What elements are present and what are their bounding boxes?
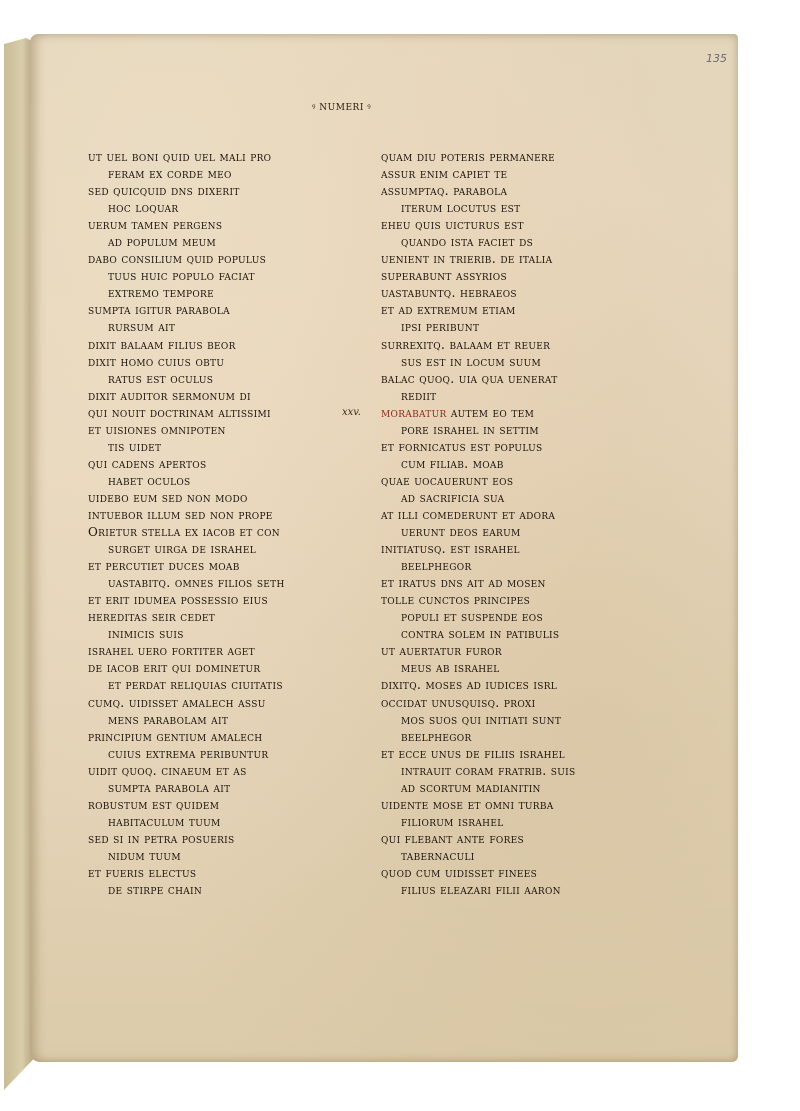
text-line: eheu quis uicturus est <box>381 216 661 233</box>
text-line: mos suos qui initiati sunt <box>381 711 661 728</box>
text-line: mens parabolam ait <box>88 711 348 728</box>
text-line: rursum ait <box>88 318 348 335</box>
text-line: qui nouit doctrinam altissimi <box>88 404 348 421</box>
running-head: ꝰ NUMERI ꝰ <box>312 100 371 113</box>
text-line: tolle cunctos principes <box>381 591 661 608</box>
folio-number: 135 <box>706 52 727 65</box>
text-line: uerum tamen pergens <box>88 216 348 233</box>
text-line: uidente mose et omni turba <box>381 796 661 813</box>
text-line: ut uel boni quid uel mali pro <box>88 148 348 165</box>
text-line: cuius extrema peribuntur <box>88 745 348 762</box>
text-line: et erit idumea possessio eius <box>88 591 348 608</box>
text-line: filius eleazari filii aaron <box>381 881 661 898</box>
text-line: ad sacrificia sua <box>381 489 661 506</box>
text-line: habitaculum tuum <box>88 813 348 830</box>
text-line: principium gentium amalech <box>88 728 348 745</box>
text-line: uastabitq. omnes filios seth <box>88 574 348 591</box>
text-line: inimicis suis <box>88 625 348 642</box>
text-line: cum filiab. moab <box>381 455 661 472</box>
text-line: uidit quoq. cinaeum et as <box>88 762 348 779</box>
text-line: tabernaculi <box>381 847 661 864</box>
text-line: uidebo eum sed non modo <box>88 489 348 506</box>
text-line: et iratus dns ait ad mosen <box>381 574 661 591</box>
text-line: et percutiet duces moab <box>88 557 348 574</box>
text-line: surget uirga de israhel <box>88 540 348 557</box>
text-line: habet oculos <box>88 472 348 489</box>
text-line: tis uidet <box>88 438 348 455</box>
text-column-right: quam diu poteris permanereassur enim cap… <box>381 148 661 898</box>
text-line: balac quoq. uia qua uenerat <box>381 370 661 387</box>
text-line: meus ab israhel <box>381 659 661 676</box>
text-line: quam diu poteris permanere <box>381 148 661 165</box>
text-line: de stirpe chain <box>88 881 348 898</box>
text-line: dabo consilium quid populus <box>88 250 348 267</box>
text-line: surrexitq. balaam et reuer <box>381 336 661 353</box>
text-line: quod cum uidisset finees <box>381 864 661 881</box>
text-line: sumpta parabola ait <box>88 779 348 796</box>
text-line: sed quicquid dns dixerit <box>88 182 348 199</box>
text-line: tuus huic populo faciat <box>88 267 348 284</box>
text-line: intrauit coram fratrib. suis <box>381 762 661 779</box>
text-line: uerunt deos earum <box>381 523 661 540</box>
text-line: superabunt assyrios <box>381 267 661 284</box>
text-line: quae uocauerunt eos <box>381 472 661 489</box>
text-line: cumq. uidisset amalech assu <box>88 694 348 711</box>
text-line: dixit balaam filius beor <box>88 336 348 353</box>
text-line: israhel uero fortiter aget <box>88 642 348 659</box>
text-line: ipsi peribunt <box>381 318 661 335</box>
line-text: autem eo tem <box>451 405 534 420</box>
text-line: at illi comederunt et adora <box>381 506 661 523</box>
text-line: et fornicatus est populus <box>381 438 661 455</box>
text-line: et perdat reliquias ciuitatis <box>88 676 348 693</box>
rubric-word: Morabatur <box>381 405 447 420</box>
text-line: assur enim capiet te <box>381 165 661 182</box>
text-line: sumpta igitur parabola <box>88 301 348 318</box>
text-line: et ecce unus de filiis israhel <box>381 745 661 762</box>
text-line: ut auertatur furor <box>381 642 661 659</box>
text-line: ad scortum madianitin <box>381 779 661 796</box>
text-line: beelphegor <box>381 557 661 574</box>
text-line: et ad extremum etiam <box>381 301 661 318</box>
text-line: beelphegor <box>381 728 661 745</box>
text-line: filiorum israhel <box>381 813 661 830</box>
text-line: dixitq. moses ad iudices isrl <box>381 676 661 693</box>
text-line: quando ista faciet ds <box>381 233 661 250</box>
text-line: hoc loquar <box>88 199 348 216</box>
text-line: pore israhel in settim <box>381 421 661 438</box>
text-line: hereditas seir cedet <box>88 608 348 625</box>
text-line: rediit <box>381 387 661 404</box>
text-line: sus est in locum suum <box>381 353 661 370</box>
text-line: occidat unusquisq. proxi <box>381 694 661 711</box>
text-line: Morabatur autem eo tem <box>381 404 661 421</box>
text-line: assumptaq. parabola <box>381 182 661 199</box>
text-column-left: ut uel boni quid uel mali proferam ex co… <box>88 148 348 898</box>
text-line: iterum locutus est <box>381 199 661 216</box>
text-line: populi et suspende eos <box>381 608 661 625</box>
text-line: uenient in trierib. de italia <box>381 250 661 267</box>
text-line: nidum tuum <box>88 847 348 864</box>
text-line: intuebor illum sed non prope <box>88 506 348 523</box>
text-line: extremo tempore <box>88 284 348 301</box>
text-line: ratus est oculus <box>88 370 348 387</box>
text-line: ad populum meum <box>88 233 348 250</box>
text-line: sed si in petra posueris <box>88 830 348 847</box>
text-line: feram ex corde meo <box>88 165 348 182</box>
text-line: Orietur stella ex iacob et con <box>88 523 348 540</box>
text-line: contra solem in patibulis <box>381 625 661 642</box>
text-line: et uisiones omnipoten <box>88 421 348 438</box>
text-line: initiatusq. est israhel <box>381 540 661 557</box>
text-line: et fueris electus <box>88 864 348 881</box>
text-line: robustum est quidem <box>88 796 348 813</box>
text-line: dixit homo cuius obtu <box>88 353 348 370</box>
text-line: qui cadens apertos <box>88 455 348 472</box>
text-line: dixit auditor sermonum di <box>88 387 348 404</box>
text-line: qui flebant ante fores <box>381 830 661 847</box>
text-line: uastabuntq. hebraeos <box>381 284 661 301</box>
text-line: de iacob erit qui dominetur <box>88 659 348 676</box>
